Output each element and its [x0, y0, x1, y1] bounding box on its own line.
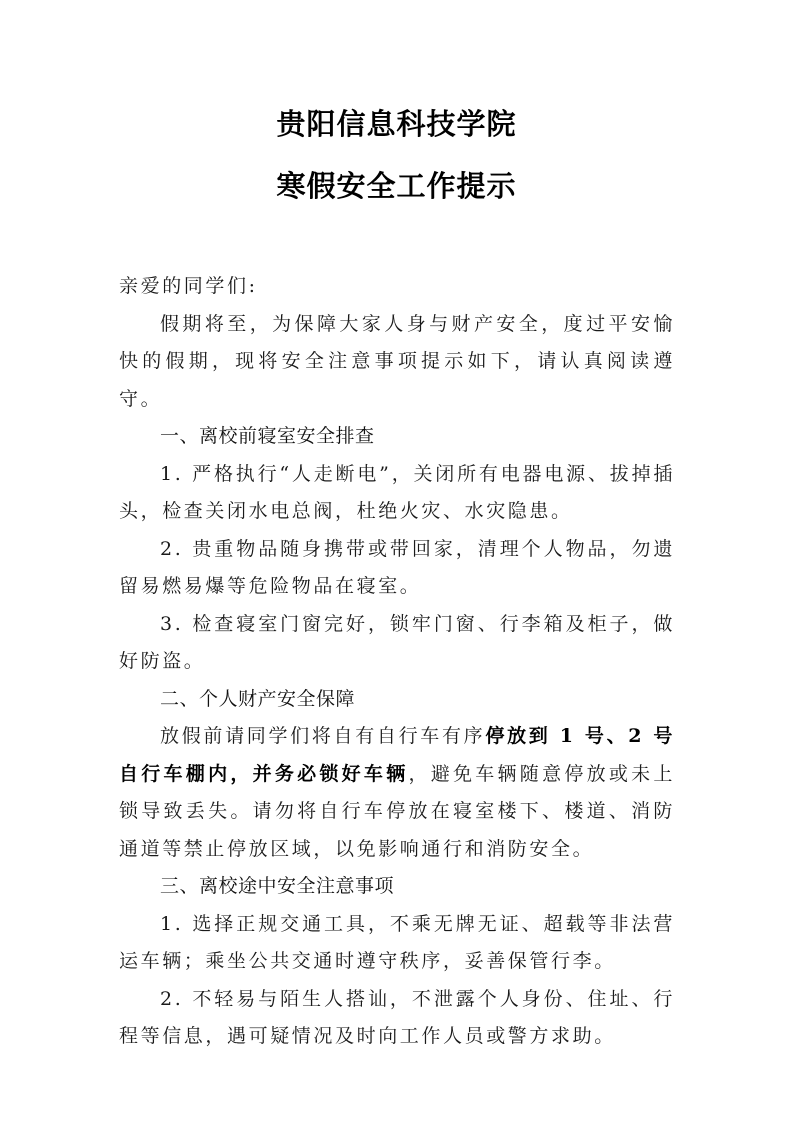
intro-paragraph: 假期将至，为保障大家人身与财产安全，度过平安愉快的假期，现将安全注意事项提示如下…	[119, 306, 675, 419]
section-3-item-2: 2. 不轻易与陌生人搭讪，不泄露个人身份、住址、行程等信息，遇可疑情况及时向工作…	[119, 981, 675, 1056]
section-1-heading: 一、离校前寝室安全排查	[119, 418, 675, 456]
section-2-heading: 二、个人财产安全保障	[119, 681, 675, 719]
section-2-text-prefix: 放假前请同学们将自有自行车有序	[160, 725, 485, 747]
section-2-paragraph: 放假前请同学们将自有自行车有序停放到 1 号、2 号自行车棚内，并务必锁好车辆，…	[119, 718, 675, 868]
document-title-notice: 寒假安全工作提示	[0, 166, 793, 206]
document-body: 亲爱的同学们: 假期将至，为保障大家人身与财产安全，度过平安愉快的假期，现将安全…	[119, 268, 675, 1056]
section-1-item-3: 3. 检查寝室门窗完好，锁牢门窗、行李箱及柜子，做好防盗。	[119, 606, 675, 681]
document-title-institution: 贵阳信息科技学院	[0, 104, 793, 144]
section-1-item-1: 1. 严格执行“人走断电”，关闭所有电器电源、拔掉插头，检查关闭水电总阀，杜绝火…	[119, 456, 675, 531]
salutation: 亲爱的同学们:	[119, 268, 675, 306]
section-3-heading: 三、离校途中安全注意事项	[119, 868, 675, 906]
section-1-item-2: 2. 贵重物品随身携带或带回家，清理个人物品，勿遗留易燃易爆等危险物品在寝室。	[119, 531, 675, 606]
document-page: 贵阳信息科技学院 寒假安全工作提示 亲爱的同学们: 假期将至，为保障大家人身与财…	[0, 0, 793, 1122]
section-3-item-1: 1. 选择正规交通工具，不乘无牌无证、超载等非法营运车辆；乘坐公共交通时遵守秩序…	[119, 906, 675, 981]
